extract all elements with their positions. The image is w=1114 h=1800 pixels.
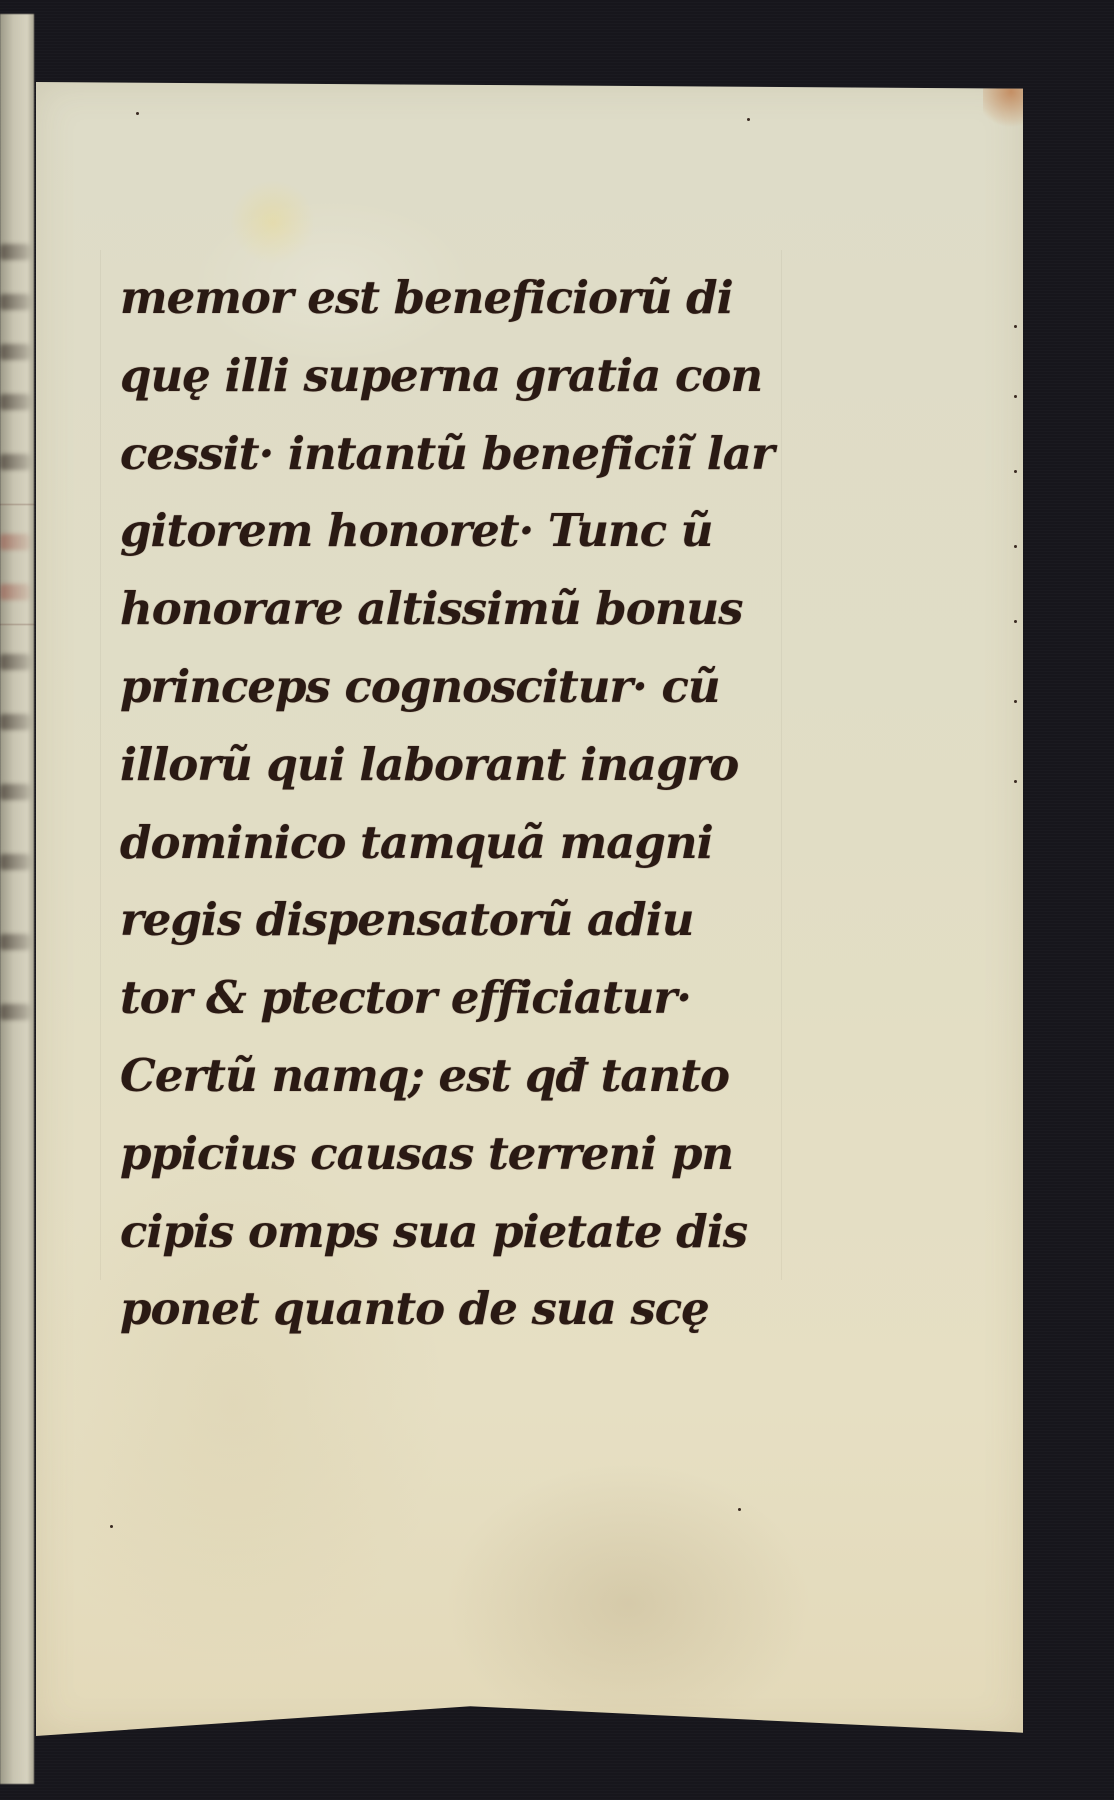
ghost-rule <box>0 504 34 505</box>
text-line: tor & ptector efficiatur· <box>120 968 800 1046</box>
text-line: illorũ qui laborant inagro <box>120 735 800 813</box>
pricking-mark <box>1014 620 1017 623</box>
ghost-text-line <box>0 394 30 410</box>
ghost-text-line <box>0 1004 30 1020</box>
text-line: gitorem honoret· Tunc ũ <box>120 501 800 579</box>
pricking-mark <box>1014 780 1017 783</box>
previous-leaf-edge <box>0 14 34 1784</box>
pricking-mark <box>1014 700 1017 703</box>
ghost-rubric-line <box>0 584 30 600</box>
ghost-text-line <box>0 344 30 360</box>
pricking-mark <box>1014 545 1017 548</box>
ghost-rule <box>0 624 34 625</box>
ghost-text-line <box>0 784 30 800</box>
pricking-mark <box>1014 325 1017 328</box>
text-line: honorare altissimũ bonus <box>120 579 800 657</box>
pricking-mark <box>738 1508 741 1511</box>
text-line: cipis omps sua pietate dis <box>120 1202 800 1280</box>
text-line: memor est beneficiorũ di <box>120 268 800 346</box>
text-line: princeps cognoscitur· cũ <box>120 657 800 735</box>
ghost-text-line <box>0 934 30 950</box>
text-line: ppicius causas terreni pn <box>120 1124 800 1202</box>
corner-stain <box>983 82 1023 130</box>
text-column: memor est beneficiorũ di quę illi supern… <box>120 268 800 1357</box>
ghost-text-line <box>0 714 30 730</box>
text-line: Certũ namq; est qđ tanto <box>120 1046 800 1124</box>
text-line: quę illi superna gratia con <box>120 346 800 424</box>
pricking-mark <box>1014 395 1017 398</box>
ghost-text-line <box>0 454 30 470</box>
ghost-rubric-line <box>0 534 30 550</box>
ghost-text-line <box>0 854 30 870</box>
pricking-mark <box>1014 470 1017 473</box>
pricking-mark <box>136 112 139 115</box>
text-line: ponet quanto de sua scę <box>120 1279 800 1357</box>
ghost-text-line <box>0 244 30 260</box>
text-line: dominico tamquã magni <box>120 813 800 891</box>
pricking-mark <box>110 1525 113 1528</box>
pricking-mark <box>747 118 750 121</box>
ghost-text-line <box>0 654 30 670</box>
ghost-text-line <box>0 294 30 310</box>
text-line: cessit· intantũ beneficiĩ lar <box>120 424 800 502</box>
text-line: regis dispensatorũ adiu <box>120 890 800 968</box>
